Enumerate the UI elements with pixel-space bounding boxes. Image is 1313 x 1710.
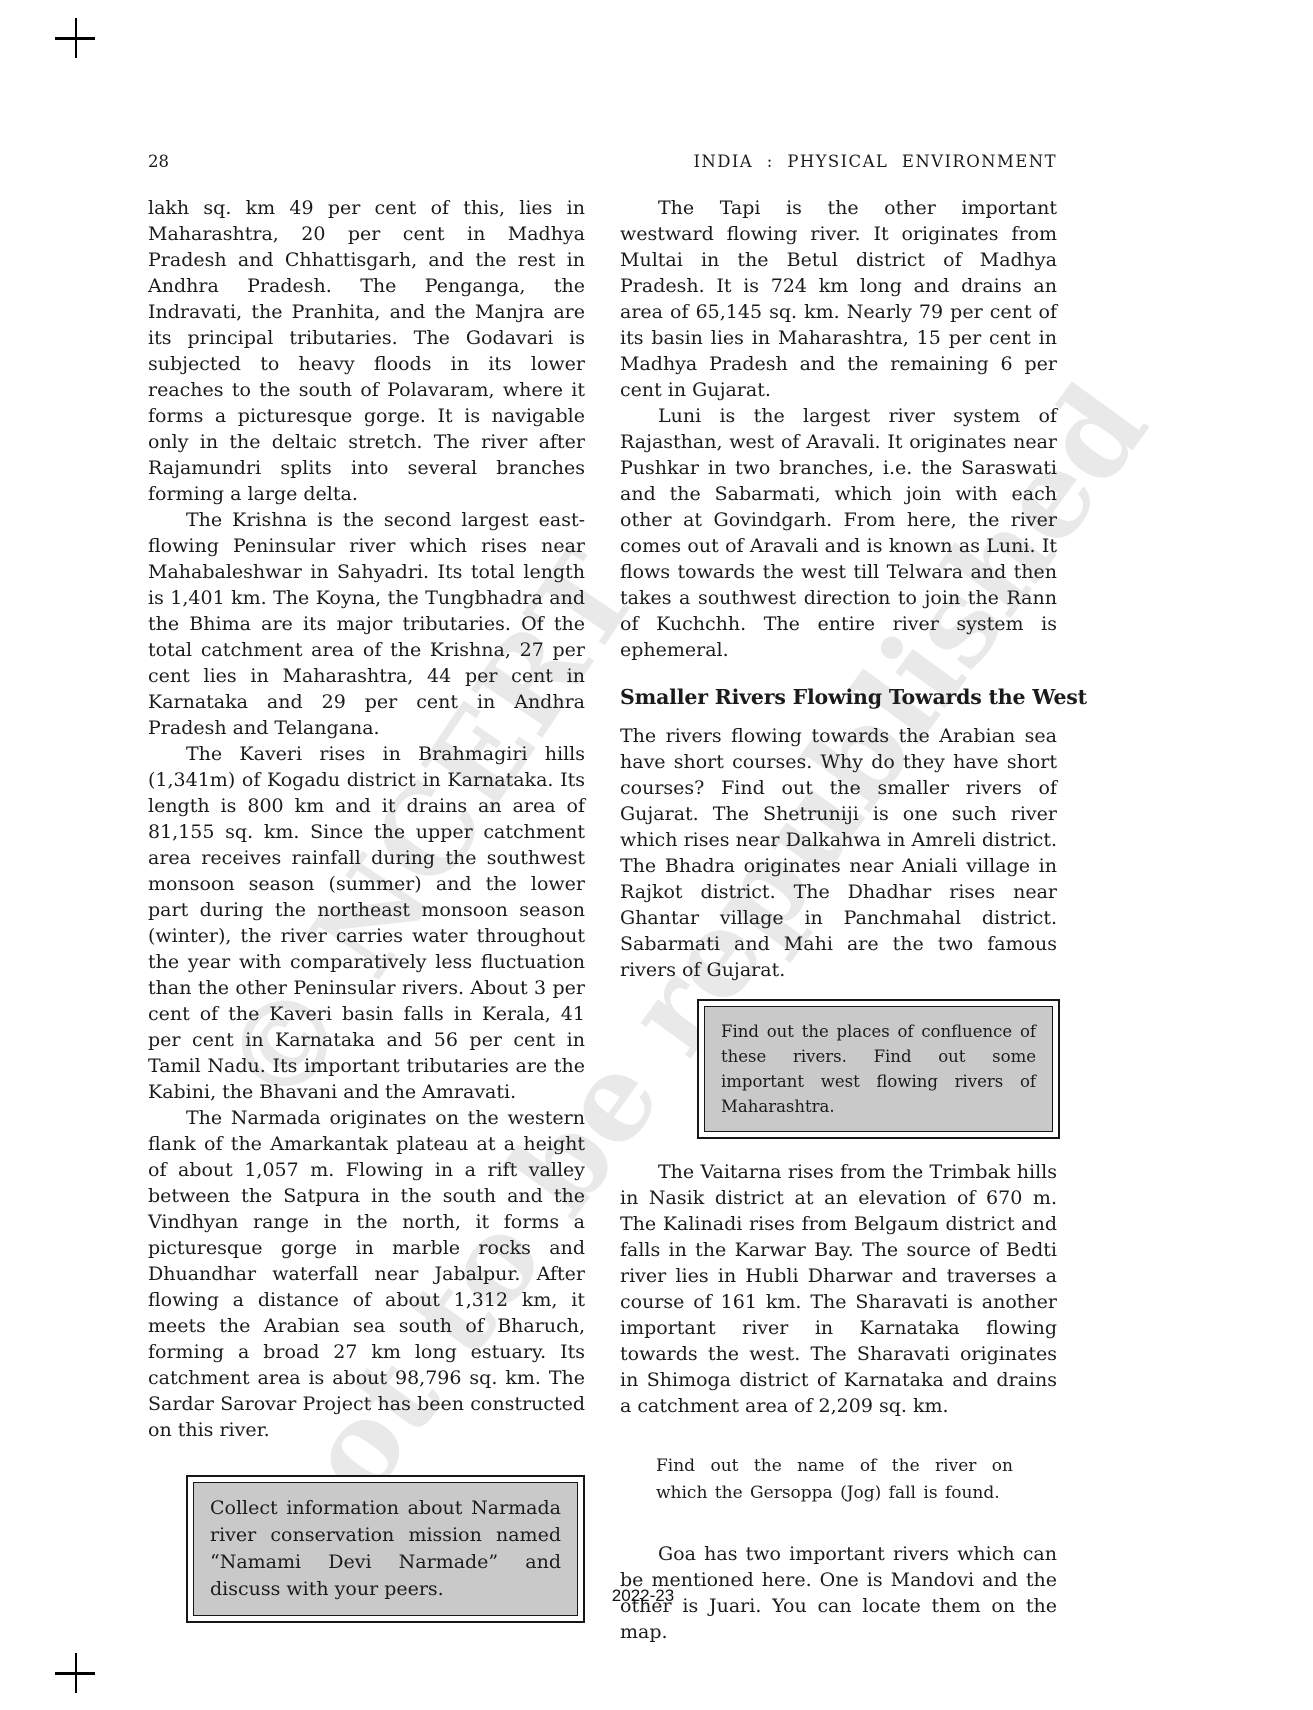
gersoppa-activity-note: Find out the name of the river on which … [656,1453,1013,1507]
page-number: 28 [148,152,169,171]
body-paragraph-godavari: lakh sq. km 49 per cent of this, lies in… [148,195,585,507]
body-paragraph-luni: Luni is the largest river system of Raja… [620,403,1057,663]
body-paragraph-krishna: The Krishna is the second largest east-f… [148,507,585,741]
body-paragraph-narmada: The Narmada originates on the western fl… [148,1105,585,1443]
body-paragraph-vaitarna: The Vaitarna rises from the Trimbak hill… [620,1159,1057,1419]
section-heading-smaller-rivers: Smaller Rivers Flowing Towards the West [620,685,1057,709]
body-paragraph-tapi: The Tapi is the other important westward… [620,195,1057,403]
left-column: lakh sq. km 49 per cent of this, lies in… [148,195,585,1645]
narmada-activity-box: Collect information about Narmada river … [186,1475,585,1623]
page-body: 28 INDIA : PHYSICAL ENVIRONMENT lakh sq.… [148,152,1057,1645]
footer-year: 2022-23 [612,1586,674,1606]
right-column: The Tapi is the other important westward… [620,195,1057,1645]
body-paragraph-smaller-rivers: The rivers flowing towards the Arabian s… [620,723,1057,983]
body-paragraph-goa: Goa has two important rivers which can b… [620,1541,1057,1645]
body-paragraph-kaveri: The Kaveri rises in Brahmagiri hills (1,… [148,741,585,1105]
page-header: 28 INDIA : PHYSICAL ENVIRONMENT [148,152,1057,171]
confluence-activity-box: Find out the places of confluence of the… [697,999,1060,1139]
narmada-activity-text: Collect information about Narmada river … [193,1482,578,1616]
confluence-activity-text: Find out the places of confluence of the… [704,1006,1053,1132]
page-header-title: INDIA : PHYSICAL ENVIRONMENT [693,152,1057,171]
